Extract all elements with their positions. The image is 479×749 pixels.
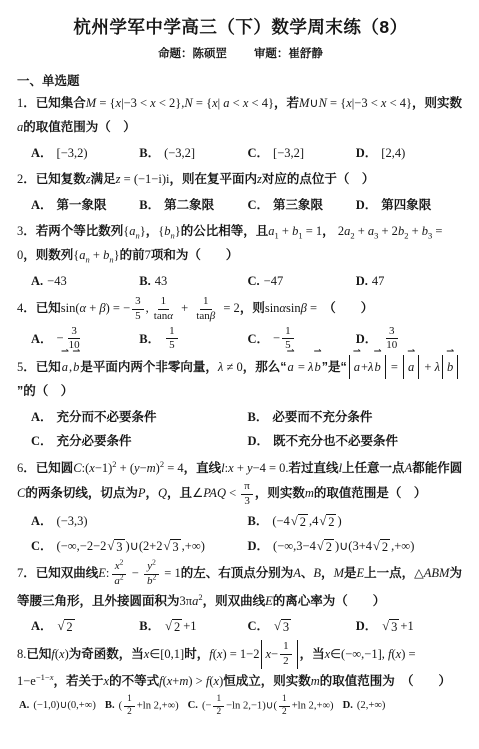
option-text: [−3,2] bbox=[273, 141, 304, 165]
option-text: (−3,2] bbox=[164, 141, 195, 165]
question-3-options: A.−43B.43C.−47D.47 bbox=[17, 269, 464, 293]
question-1-option-A: A．[−3,2) bbox=[31, 141, 139, 165]
option-label: B. bbox=[139, 269, 150, 293]
option-text: 310 bbox=[381, 325, 402, 354]
question-6-options: A．(−3,3)B．(−4√2,4√2)C．(−∞,−2−2√3)∪(2+2√3… bbox=[17, 509, 464, 558]
question-4-option-C: C．−15 bbox=[248, 325, 356, 354]
option-text: (2,+∞) bbox=[357, 696, 386, 717]
question-8-option-A: A.(−1,0)∪(0,+∞) bbox=[19, 696, 96, 717]
option-text: [−3,2) bbox=[57, 141, 88, 165]
question-3: 3．若两个等比数列{an}，{bn}的公比相等，且a1 + b1 = 1， 2a… bbox=[17, 219, 464, 293]
option-label: C． bbox=[31, 429, 53, 453]
exam-credits: 命题：陈硕罡 审题：崔舒静 bbox=[17, 45, 464, 61]
option-label: B． bbox=[248, 405, 269, 429]
option-label: C. bbox=[188, 696, 198, 717]
question-4-option-B: B．15 bbox=[139, 325, 247, 354]
question-3-stem: 3．若两个等比数列{an}，{bn}的公比相等，且a1 + b1 = 1， 2a… bbox=[17, 219, 464, 268]
question-1-option-B: B．(−3,2] bbox=[139, 141, 247, 165]
question-5-option-A: A．充分而不必要条件 bbox=[31, 405, 248, 429]
question-2-option-C: C．第三象限 bbox=[248, 193, 356, 217]
option-text: (−∞,3−4√2)∪(3+4√2,+∞) bbox=[273, 534, 414, 558]
question-5: 5．已知⇀a,⇀b是平面内两个非零向量，λ ≠ 0，那么“⇀a = λ⇀b”是“… bbox=[17, 355, 464, 454]
option-label: A． bbox=[31, 141, 53, 165]
question-5-stem: 5．已知⇀a,⇀b是平面内两个非零向量，λ ≠ 0，那么“⇀a = λ⇀b”是“… bbox=[17, 355, 464, 404]
question-6-option-A: A．(−3,3) bbox=[31, 509, 248, 533]
question-1-stem: 1．已知集合M = {x|−3 < x < 2},N = {x| a < x <… bbox=[17, 91, 464, 140]
question-5-options: A．充分而不必要条件B．必要而不充分条件C．充分必要条件D．既不充分也不必要条件 bbox=[17, 405, 464, 454]
option-text: 第一象限 bbox=[57, 193, 107, 217]
option-text: √2 bbox=[57, 614, 76, 638]
option-label: A． bbox=[31, 405, 53, 429]
option-text: 充分而不必要条件 bbox=[57, 405, 157, 429]
question-7-option-D: D．√3+1 bbox=[356, 614, 464, 638]
question-2: 2．已知复数z满足z = (−1−i)i，则在复平面内z对应的点位于（ ）A．第… bbox=[17, 167, 464, 217]
option-text: 43 bbox=[155, 269, 168, 293]
option-label: B. bbox=[105, 696, 115, 717]
option-label: C． bbox=[248, 193, 270, 217]
question-7-options: A．√2B．√2+1C．√3D．√3+1 bbox=[17, 614, 464, 638]
question-6-option-B: B．(−4√2,4√2) bbox=[248, 509, 465, 533]
option-text: (−3,3) bbox=[57, 509, 88, 533]
option-text: 第四象限 bbox=[381, 193, 431, 217]
option-label: D. bbox=[343, 696, 353, 717]
option-text: 47 bbox=[372, 269, 385, 293]
question-6: 6．已知圆C:(x−1)2 + (y−m)2 = 4，直线l:x + y−4 =… bbox=[17, 456, 464, 559]
question-3-option-D: D.47 bbox=[356, 269, 464, 293]
question-3-option-C: C.−47 bbox=[248, 269, 356, 293]
question-6-stem: 6．已知圆C:(x−1)2 + (y−m)2 = 4，直线l:x + y−4 =… bbox=[17, 456, 464, 509]
option-label: D． bbox=[248, 534, 270, 558]
question-7-option-C: C．√3 bbox=[248, 614, 356, 638]
question-2-option-A: A．第一象限 bbox=[31, 193, 139, 217]
question-4-options: A．−310B．15C．−15D．310 bbox=[17, 325, 464, 354]
option-label: B． bbox=[248, 509, 269, 533]
option-text: −47 bbox=[264, 269, 284, 293]
option-text: (−1,0)∪(0,+∞) bbox=[33, 696, 96, 717]
option-label: A. bbox=[19, 696, 29, 717]
question-2-stem: 2．已知复数z满足z = (−1−i)i，则在复平面内z对应的点位于（ ） bbox=[17, 167, 464, 191]
question-7-stem: 7．已知双曲线E:x2a2 − y2b2 = 1的左、右顶点分别为A、B，M是E… bbox=[17, 560, 464, 613]
option-label: C． bbox=[31, 534, 53, 558]
question-3-option-A: A.−43 bbox=[31, 269, 139, 293]
question-2-option-B: B．第二象限 bbox=[139, 193, 247, 217]
option-label: D． bbox=[248, 429, 270, 453]
question-7-option-A: A．√2 bbox=[31, 614, 139, 638]
question-8-option-C: C.(−12−ln 2,−1)∪(12+ln 2,+∞) bbox=[188, 694, 334, 718]
option-label: D. bbox=[356, 269, 368, 293]
option-label: B． bbox=[139, 141, 160, 165]
page-title: 杭州学军中学高三（下）数学周末练（8） bbox=[17, 14, 464, 39]
option-label: A． bbox=[31, 193, 53, 217]
question-2-option-D: D．第四象限 bbox=[356, 193, 464, 217]
option-text: √2+1 bbox=[164, 614, 196, 638]
option-label: A. bbox=[31, 269, 43, 293]
option-text: 第三象限 bbox=[273, 193, 323, 217]
option-text: (−∞,−2−2√3)∪(2+2√3,+∞) bbox=[57, 534, 205, 558]
option-label: C． bbox=[248, 141, 270, 165]
option-text: 既不充分也不必要条件 bbox=[273, 429, 398, 453]
option-text: (−4√2,4√2) bbox=[272, 509, 341, 533]
option-label: D． bbox=[356, 193, 378, 217]
question-list: 1．已知集合M = {x|−3 < x < 2},N = {x| a < x <… bbox=[17, 91, 464, 719]
question-2-options: A．第一象限B．第二象限C．第三象限D．第四象限 bbox=[17, 193, 464, 217]
question-8-options: A.(−1,0)∪(0,+∞)B.(12+ln 2,+∞)C.(−12−ln 2… bbox=[17, 694, 464, 718]
option-text: 必要而不充分条件 bbox=[272, 405, 372, 429]
exam-paper: 杭州学军中学高三（下）数学周末练（8） 命题：陈硕罡 审题：崔舒静 一、单选题 … bbox=[0, 0, 479, 749]
option-label: B． bbox=[139, 614, 160, 638]
option-label: A． bbox=[31, 509, 53, 533]
option-text: √3+1 bbox=[381, 614, 413, 638]
question-8: 8.已知f(x)为奇函数，当x∈[0,1]时，f(x) = 1−2x−12，当x… bbox=[17, 640, 464, 718]
question-4-option-A: A．−310 bbox=[31, 325, 139, 354]
question-5-option-D: D．既不充分也不必要条件 bbox=[248, 429, 465, 453]
question-1-options: A．[−3,2)B．(−3,2]C．[−3,2]D．[2,4) bbox=[17, 141, 464, 165]
question-5-option-B: B．必要而不充分条件 bbox=[248, 405, 465, 429]
question-8-option-D: D.(2,+∞) bbox=[343, 696, 386, 717]
option-text: 15 bbox=[164, 325, 180, 354]
option-label: C. bbox=[248, 269, 260, 293]
question-4: 4．已知sin(α + β) = −35,1tanα + 1tanβ = 2，则… bbox=[17, 295, 464, 353]
option-label: A． bbox=[31, 614, 53, 638]
option-text: (12+ln 2,+∞) bbox=[119, 694, 179, 718]
option-text: √3 bbox=[273, 614, 292, 638]
option-label: D． bbox=[356, 614, 378, 638]
reviewer-name: 审题：崔舒静 bbox=[254, 48, 323, 60]
question-4-stem: 4．已知sin(α + β) = −35,1tanα + 1tanβ = 2，则… bbox=[17, 295, 464, 324]
question-1: 1．已知集合M = {x|−3 < x < 2},N = {x| a < x <… bbox=[17, 91, 464, 165]
question-8-option-B: B.(12+ln 2,+∞) bbox=[105, 694, 179, 718]
question-8-stem: 8.已知f(x)为奇函数，当x∈[0,1]时，f(x) = 1−2x−12，当x… bbox=[17, 640, 464, 693]
setter-name: 命题：陈硕罡 bbox=[158, 48, 227, 60]
option-label: D． bbox=[356, 141, 378, 165]
option-text: (−12−ln 2,−1)∪(12+ln 2,+∞) bbox=[202, 694, 334, 718]
option-text: −43 bbox=[47, 269, 67, 293]
option-label: A． bbox=[31, 327, 53, 351]
question-5-option-C: C．充分必要条件 bbox=[31, 429, 248, 453]
question-3-option-B: B.43 bbox=[139, 269, 247, 293]
option-text: 充分必要条件 bbox=[57, 429, 132, 453]
question-1-option-C: C．[−3,2] bbox=[248, 141, 356, 165]
question-7-option-B: B．√2+1 bbox=[139, 614, 247, 638]
option-text: [2,4) bbox=[381, 141, 405, 165]
option-label: C． bbox=[248, 614, 270, 638]
question-7: 7．已知双曲线E:x2a2 − y2b2 = 1的左、右顶点分别为A、B，M是E… bbox=[17, 560, 464, 638]
option-label: B． bbox=[139, 327, 160, 351]
section-title: 一、单选题 bbox=[17, 71, 464, 89]
question-6-option-C: C．(−∞,−2−2√3)∪(2+2√3,+∞) bbox=[31, 534, 248, 558]
question-6-option-D: D．(−∞,3−4√2)∪(3+4√2,+∞) bbox=[248, 534, 465, 558]
option-text: 第二象限 bbox=[164, 193, 214, 217]
question-1-option-D: D．[2,4) bbox=[356, 141, 464, 165]
option-label: B． bbox=[139, 193, 160, 217]
option-label: C． bbox=[248, 327, 270, 351]
